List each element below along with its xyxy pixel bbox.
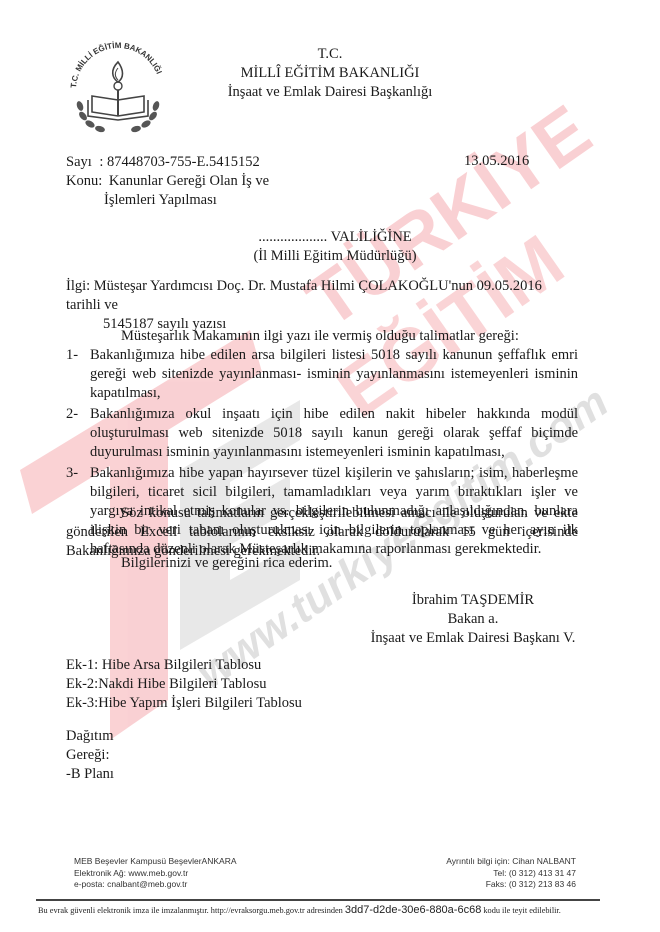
signer-title-2: İnşaat ve Emlak Dairesi Başkanı V. [358,629,588,648]
signer-title-1: Bakan a. [358,610,588,629]
attachment-item: Ek-2:Nakdi Hibe Bilgileri Tablosu [66,675,302,694]
meb-emblem-icon: T.C. MİLLİ EĞİTİM BAKANLIĞI [62,30,174,134]
attachment-item: Ek-1: Hibe Arsa Bilgileri Tablosu [66,656,302,675]
footer-tel: Tel: (0 312) 413 31 47 [400,868,576,880]
signature-block: İbrahim TAŞDEMİR Bakan a. İnşaat ve Emla… [358,591,588,648]
body-intro: Müsteşarlık Makamının ilgi yazı ile verm… [66,327,578,346]
verification-code: 3dd7-d2de-30e6-880a-6c68 [345,904,481,916]
konu-label: Konu: [66,173,102,189]
recipient: ................... VALİLİĞİNE (İl Milli… [230,228,440,266]
list-item-number: 2- [66,405,90,462]
header-tc: T.C. [230,45,430,64]
konu-row: Konu: Kanunlar Gereği Olan İş ve [66,172,269,191]
recipient-line-1: ................... VALİLİĞİNE [230,228,440,247]
distribution-title: Dağıtım [66,727,114,746]
attachments-list: Ek-1: Hibe Arsa Bilgileri Tablosu Ek-2:N… [66,656,302,713]
footer-contact: Ayrıntılı bilgi için: Cihan NALBANT [400,856,576,868]
list-item-text: Bakanlığımıza okul inşaatı için hibe edi… [90,405,578,462]
sayi-label: Sayı [66,154,92,170]
distribution-line-1: Gereği: [66,746,114,765]
distribution: Dağıtım Gereği: -B Planı [66,727,114,784]
reference: İlgi: Müsteşar Yardımcısı Doç. Dr. Musta… [66,277,566,334]
footer-email: e-posta: cnalbant@meb.gov.tr [74,879,237,891]
list-item-number: 1- [66,346,90,403]
list-item-text: Bakanlığımıza hibe edilen arsa bilgileri… [90,346,578,403]
header-department: İnşaat ve Emlak Dairesi Başkanlığı [175,83,485,102]
footer-divider [36,899,600,901]
attachment-item: Ek-3:Hibe Yapım İşleri Bilgileri Tablosu [66,694,302,713]
footer-address: MEB Beşevler Kampusü BeşevlerANKARA [74,856,237,868]
footer-contact-block: Ayrıntılı bilgi için: Cihan NALBANT Tel:… [400,856,576,891]
sayi-value: : 87448703-755-E.5415152 [99,154,259,170]
list-item: 2- Bakanlığımıza okul inşaatı için hibe … [66,405,578,462]
verification-prefix: Bu evrak güvenli elektronik imza ile imz… [38,906,343,915]
signer-name: İbrahim TAŞDEMİR [358,591,588,610]
footer-web: Elektronik Ağ: www.meb.gov.tr [74,868,237,880]
recipient-line-2: (İl Milli Eğitim Müdürlüğü) [230,247,440,266]
footer-fax: Faks: (0 312) 213 83 46 [400,879,576,891]
body-closing: Bilgilerinizi ve gereğini rica ederim. [66,554,578,573]
header-ministry: MİLLÎ EĞİTİM BAKANLIĞI [175,64,485,83]
sayi-row: Sayı : 87448703-755-E.5415152 [66,153,260,172]
verification-suffix: kodu ile teyit edilebilir. [483,906,560,915]
letter-date: 13.05.2016 [464,153,529,170]
konu-line-1: Kanunlar Gereği Olan İş ve [109,173,269,189]
reference-line-1: İlgi: Müsteşar Yardımcısı Doç. Dr. Musta… [66,278,542,313]
verification-line: Bu evrak güvenli elektronik imza ile imz… [38,904,638,916]
body-paragraph-2: Söz konusu talimatların gerçekleştirileb… [66,504,578,561]
distribution-line-2: -B Planı [66,765,114,784]
konu-line-2: İşlemleri Yapılması [104,191,217,210]
footer-address-block: MEB Beşevler Kampusü BeşevlerANKARA Elek… [74,856,237,891]
list-item: 1- Bakanlığımıza hibe edilen arsa bilgil… [66,346,578,403]
